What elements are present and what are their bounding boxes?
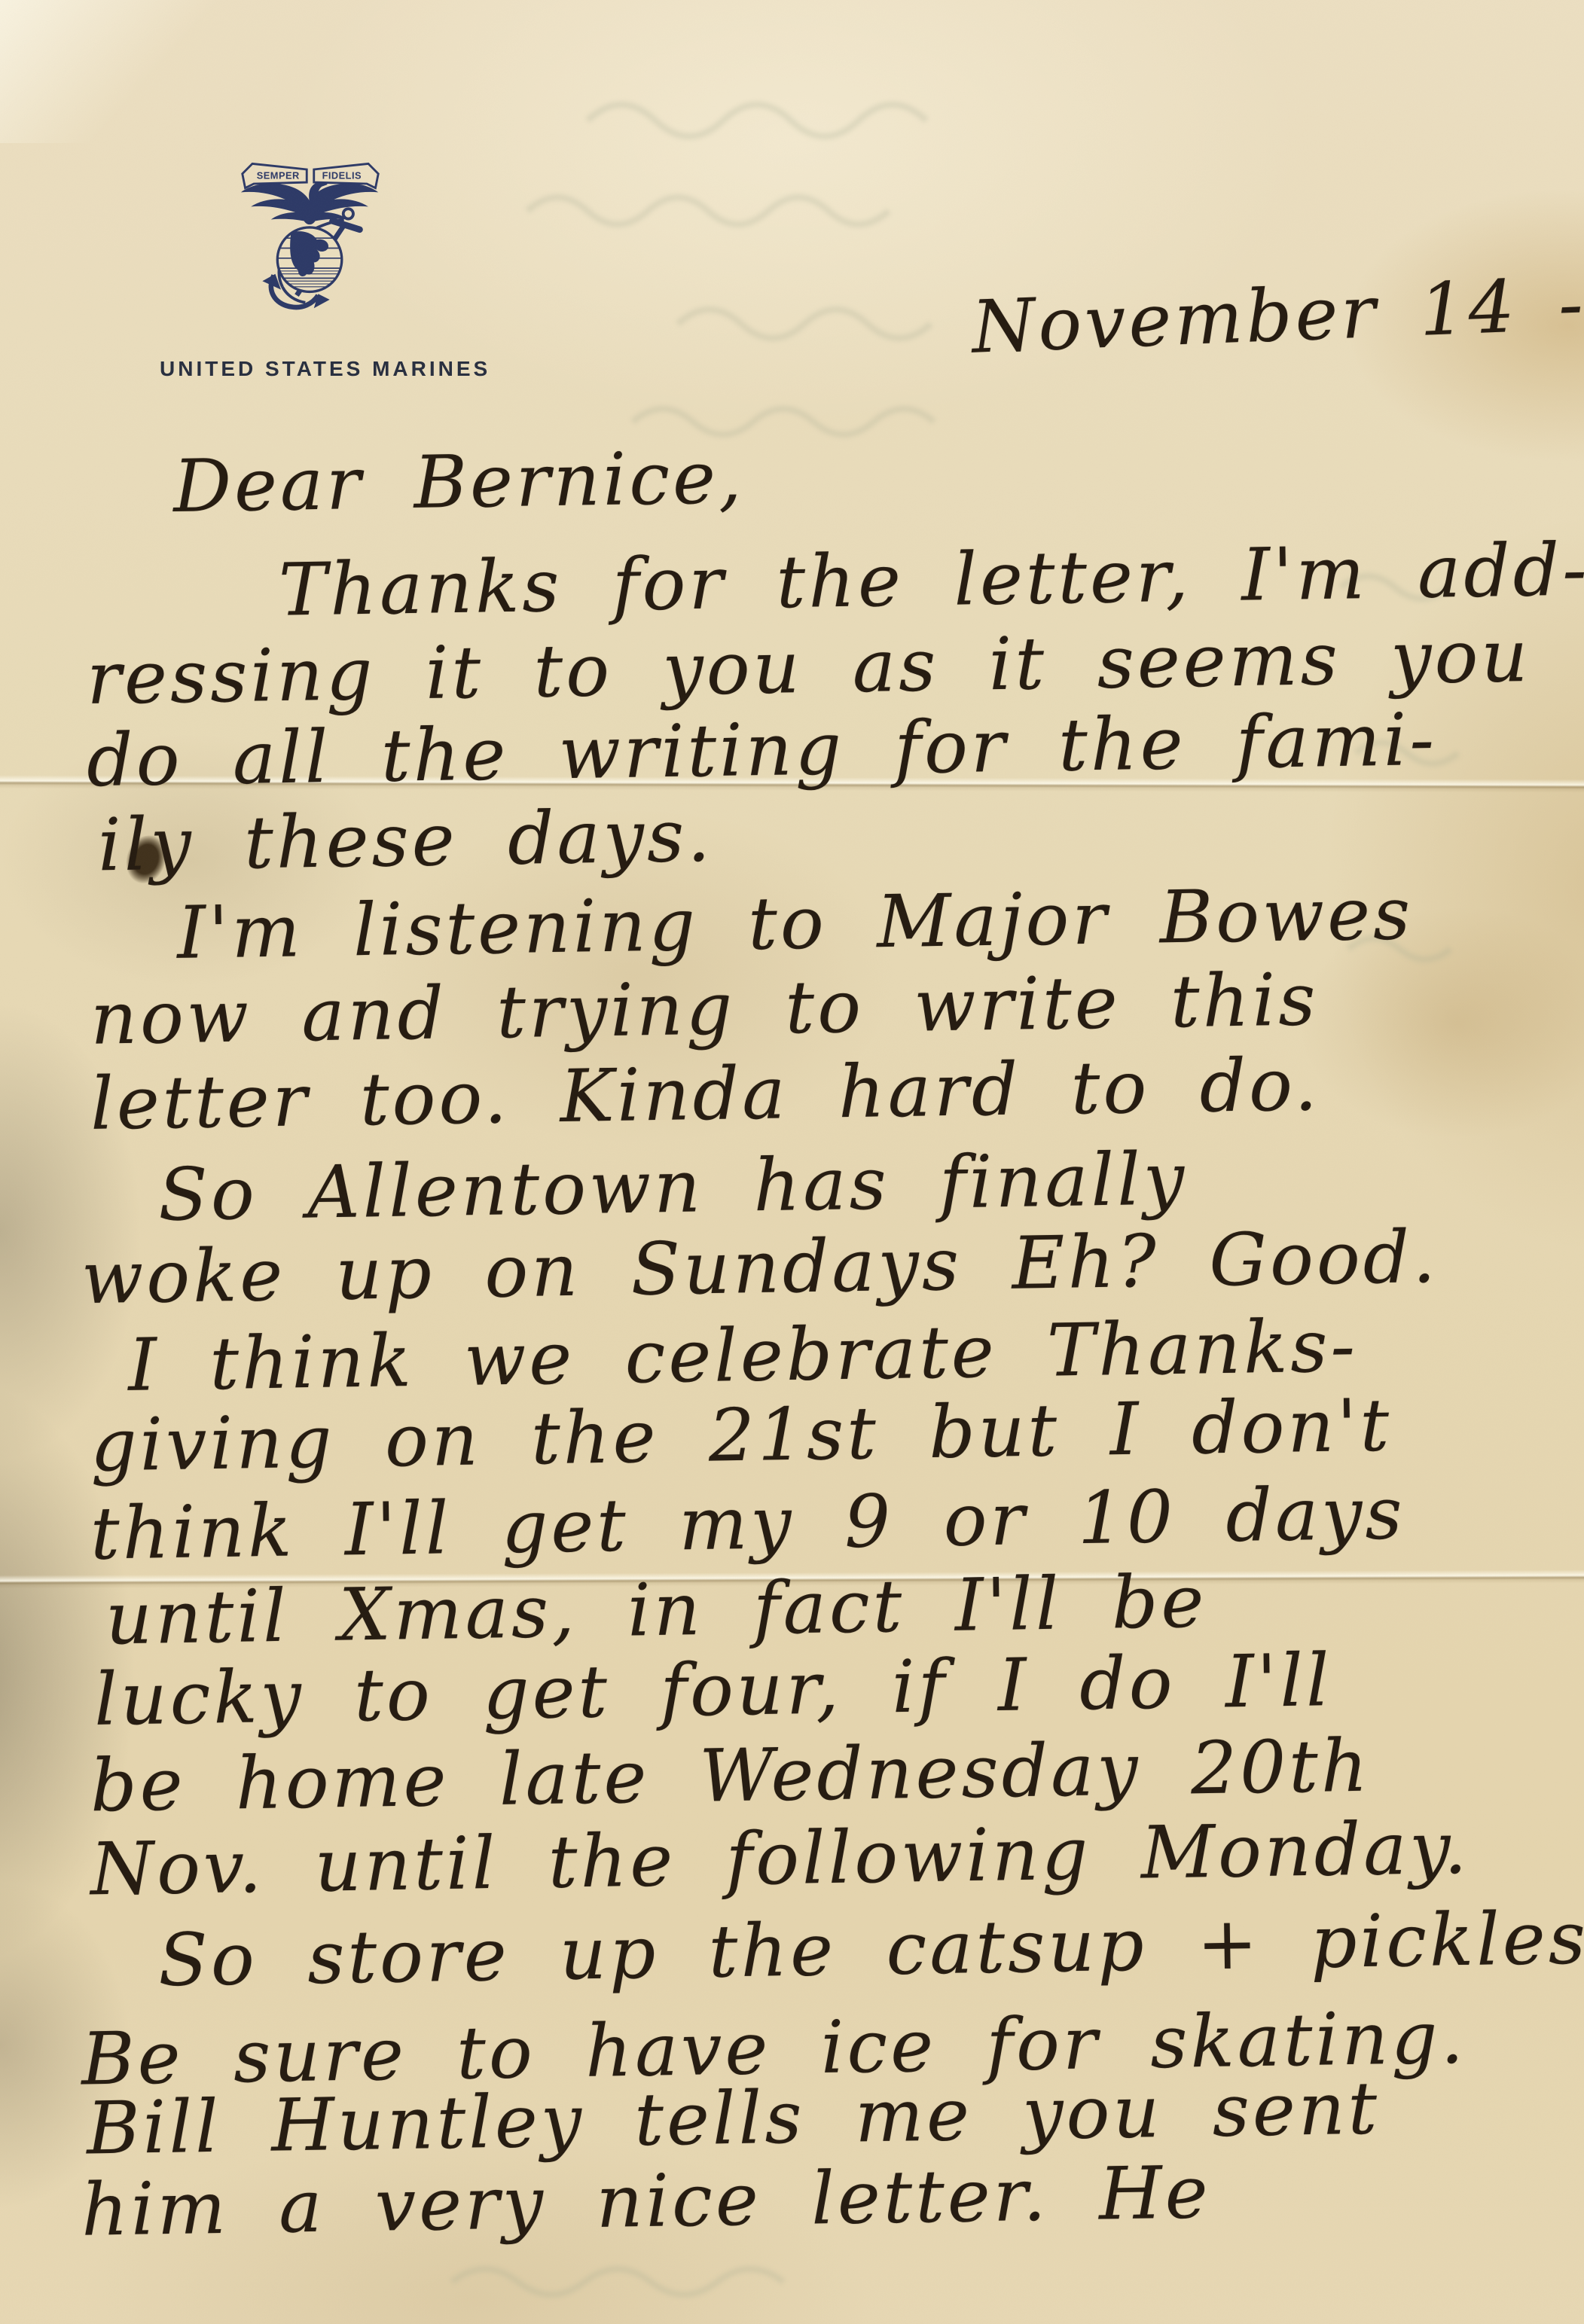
letter-line: I'm listening to Major Bowes — [176, 877, 1414, 969]
eagle-globe-anchor-emblem: SEMPER FIDELIS — [235, 155, 386, 327]
letter-line: think I'll get my 9 or 10 days — [90, 1477, 1405, 1569]
letter-line: giving on the 21st but I don't — [90, 1389, 1392, 1481]
letter-line: be home late Wednesday 20th — [90, 1730, 1371, 1822]
semper-fidelis-banner: SEMPER FIDELIS — [243, 163, 379, 188]
corner-fold-highlight — [0, 0, 226, 143]
motto-left-text: SEMPER — [257, 169, 300, 181]
letter-line: him a very nice letter. He — [81, 2156, 1211, 2246]
handwritten-date: November 14 -'40 — [971, 263, 1584, 363]
eagle-icon — [241, 181, 378, 224]
letter-line: ily these days. — [97, 800, 713, 882]
letter-line: until Xmas, in fact I'll be — [105, 1566, 1207, 1655]
letter-line: lucky to get four, if I do I'll — [93, 1644, 1332, 1736]
letter-line: So store up the catsup + pickles. — [157, 1902, 1584, 1996]
letter-line: Thanks for the letter, I'm add- — [278, 533, 1584, 626]
letter-page: SEMPER FIDELIS UNITED STATES MARINES Nov… — [0, 0, 1584, 2324]
letter-line: do all the writing for the fami- — [86, 703, 1437, 797]
letter-line: Dear Bernice, — [172, 441, 745, 523]
organization-name: UNITED STATES MARINES — [160, 357, 461, 381]
letter-line: woke up on Sundays Eh? Good. — [81, 1221, 1439, 1314]
letter-line: So Allentown has finally — [157, 1142, 1187, 1231]
letter-line: now and trying to write this — [90, 963, 1319, 1055]
globe-icon — [275, 227, 343, 303]
motto-right-text: FIDELIS — [322, 169, 362, 181]
letter-line: Nov. until the following Monday. — [90, 1812, 1470, 1906]
letter-line: letter too. Kinda hard to do. — [90, 1048, 1320, 1140]
usmc-letterhead: SEMPER FIDELIS UNITED STATES MARINES — [160, 155, 461, 381]
